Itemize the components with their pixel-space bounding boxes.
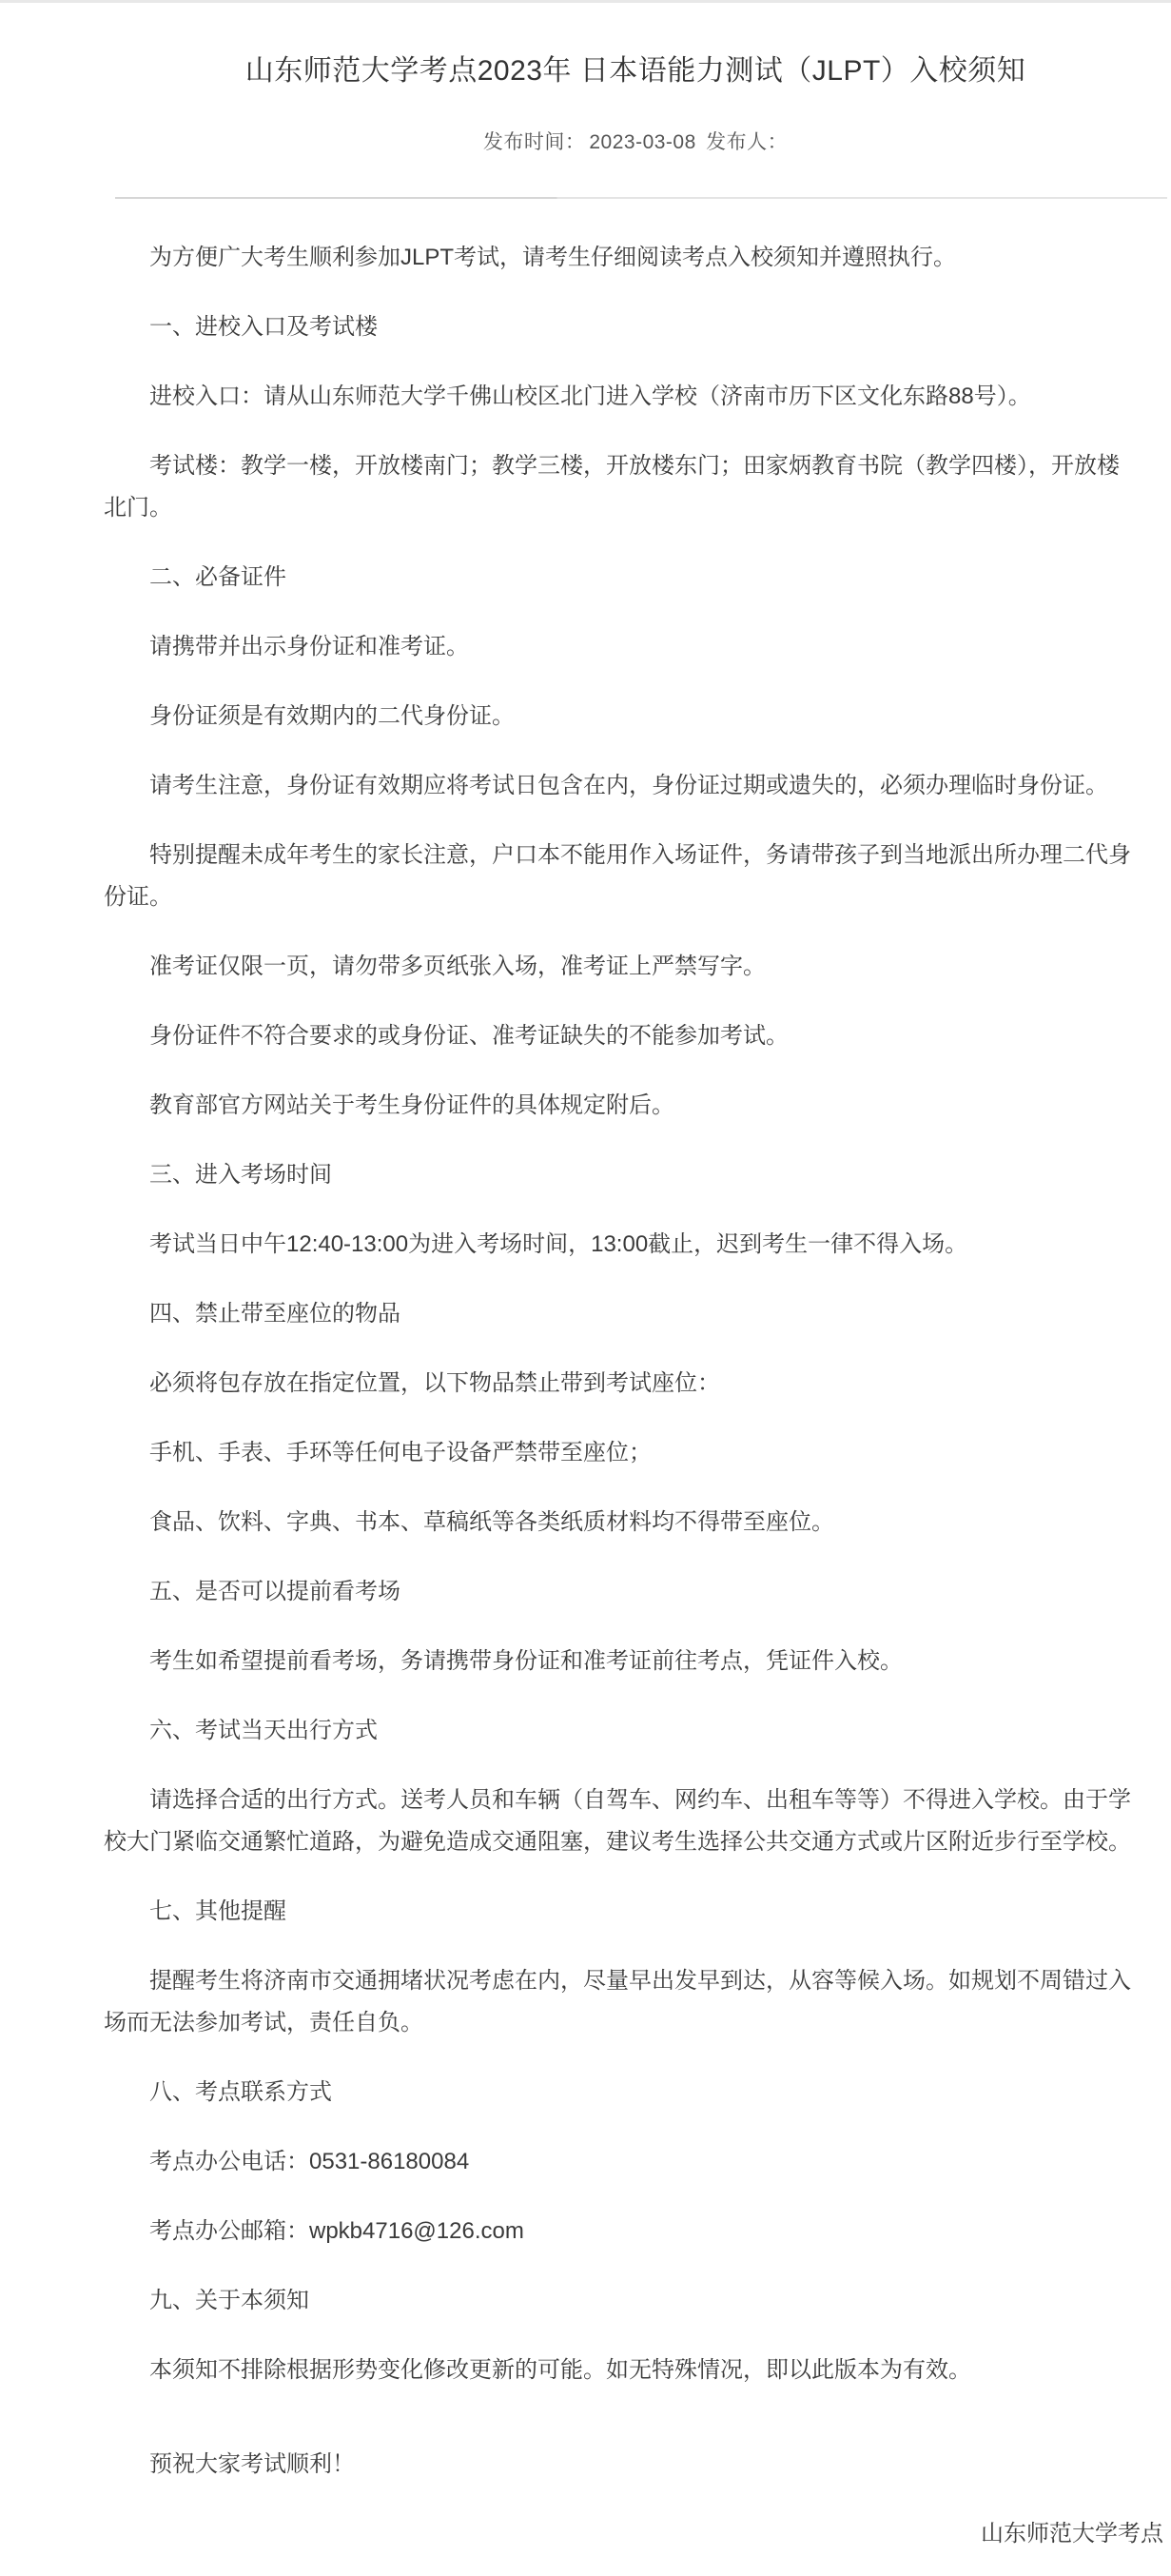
- body-paragraph: 身份证须是有效期内的二代身份证。: [104, 696, 1139, 737]
- signature: 山东师范大学考点: [0, 2513, 1163, 2555]
- body-paragraph: 教育部官方网站关于考生身份证件的具体规定附后。: [104, 1085, 1139, 1127]
- body-paragraph: 请携带并出示身份证和准考证。: [104, 626, 1139, 668]
- body-paragraph: 考点办公邮箱：wpkb4716@126.com: [104, 2211, 1139, 2252]
- publish-time-label: 发布时间：: [483, 131, 586, 153]
- body-paragraph: 必须将包存放在指定位置，以下物品禁止带到考试座位：: [104, 1363, 1139, 1405]
- wishes-paragraph: 预祝大家考试顺利！: [104, 2444, 1139, 2486]
- body-paragraph: 手机、手表、手环等任何电子设备严禁带至座位；: [104, 1432, 1139, 1474]
- section-heading: 一、进校入口及考试楼: [104, 306, 1139, 348]
- body-paragraph: 食品、饮料、字典、书本、草稿纸等各类纸质材料均不得带至座位。: [104, 1502, 1139, 1544]
- publish-time-value: 2023-03-08: [589, 131, 695, 153]
- body-paragraph: 请考生注意，身份证有效期应将考试日包含在内，身份证过期或遗失的，必须办理临时身份…: [104, 765, 1139, 807]
- section-heading: 三、进入考场时间: [104, 1154, 1139, 1196]
- section-heading: 四、禁止带至座位的物品: [104, 1293, 1139, 1335]
- top-divider-bar: [0, 0, 1171, 3]
- section-heading: 九、关于本须知: [104, 2280, 1139, 2322]
- body-paragraph: 为方便广大考生顺利参加JLPT考试，请考生仔细阅读考点入校须知并遵照执行。: [104, 237, 1139, 279]
- body-paragraph: 请选择合适的出行方式。送考人员和车辆（自驾车、网约车、出租车等等）不得进入学校。…: [104, 1780, 1139, 1863]
- section-heading: 七、其他提醒: [104, 1891, 1139, 1933]
- body-paragraph: 准考证仅限一页，请勿带多页纸张入场，准考证上严禁写字。: [104, 946, 1139, 988]
- body-paragraph: 本须知不排除根据形势变化修改更新的可能。如无特殊情况，即以此版本为有效。: [104, 2350, 1139, 2391]
- page-title: 山东师范大学考点2023年 日本语能力测试（JLPT）入校须知: [104, 50, 1167, 92]
- section-heading: 八、考点联系方式: [104, 2072, 1139, 2114]
- body-paragraph: 考试楼：教学一楼，开放楼南门；教学三楼，开放楼东门；田家炳教育书院（教学四楼），…: [104, 445, 1139, 529]
- publisher-label: 发布人：: [706, 131, 788, 153]
- body-paragraph: 考生如希望提前看考场，务请携带身份证和准考证前往考点，凭证件入校。: [104, 1641, 1139, 1682]
- document-header: 山东师范大学考点2023年 日本语能力测试（JLPT）入校须知 发布时间：202…: [104, 50, 1167, 199]
- section-heading: 五、是否可以提前看考场: [104, 1571, 1139, 1613]
- section-heading: 二、必备证件: [104, 557, 1139, 599]
- body-paragraph: 提醒考生将济南市交通拥堵状况考虑在内，尽量早出发早到达，从容等候入场。如规划不周…: [104, 1960, 1139, 2044]
- body-paragraph: 进校入口：请从山东师范大学千佛山校区北门进入学校（济南市历下区文化东路88号）。: [104, 376, 1139, 418]
- section-heading: 六、考试当天出行方式: [104, 1710, 1139, 1752]
- notice-body: 为方便广大考生顺利参加JLPT考试，请考生仔细阅读考点入校须知并遵照执行。一、进…: [104, 199, 1139, 2486]
- notice-page: 山东师范大学考点2023年 日本语能力测试（JLPT）入校须知 发布时间：202…: [0, 0, 1171, 2576]
- body-paragraph: 身份证件不符合要求的或身份证、准考证缺失的不能参加考试。: [104, 1015, 1139, 1057]
- publish-meta: 发布时间：2023-03-08 发布人：: [104, 127, 1167, 155]
- body-paragraph: 特别提醒未成年考生的家长注意，户口本不能用作入场证件，务请带孩子到当地派出所办理…: [104, 835, 1139, 918]
- body-paragraph: 考点办公电话：0531-86180084: [104, 2141, 1139, 2183]
- body-paragraph: 考试当日中午12:40-13:00为进入考场时间，13:00截止，迟到考生一律不…: [104, 1224, 1139, 1266]
